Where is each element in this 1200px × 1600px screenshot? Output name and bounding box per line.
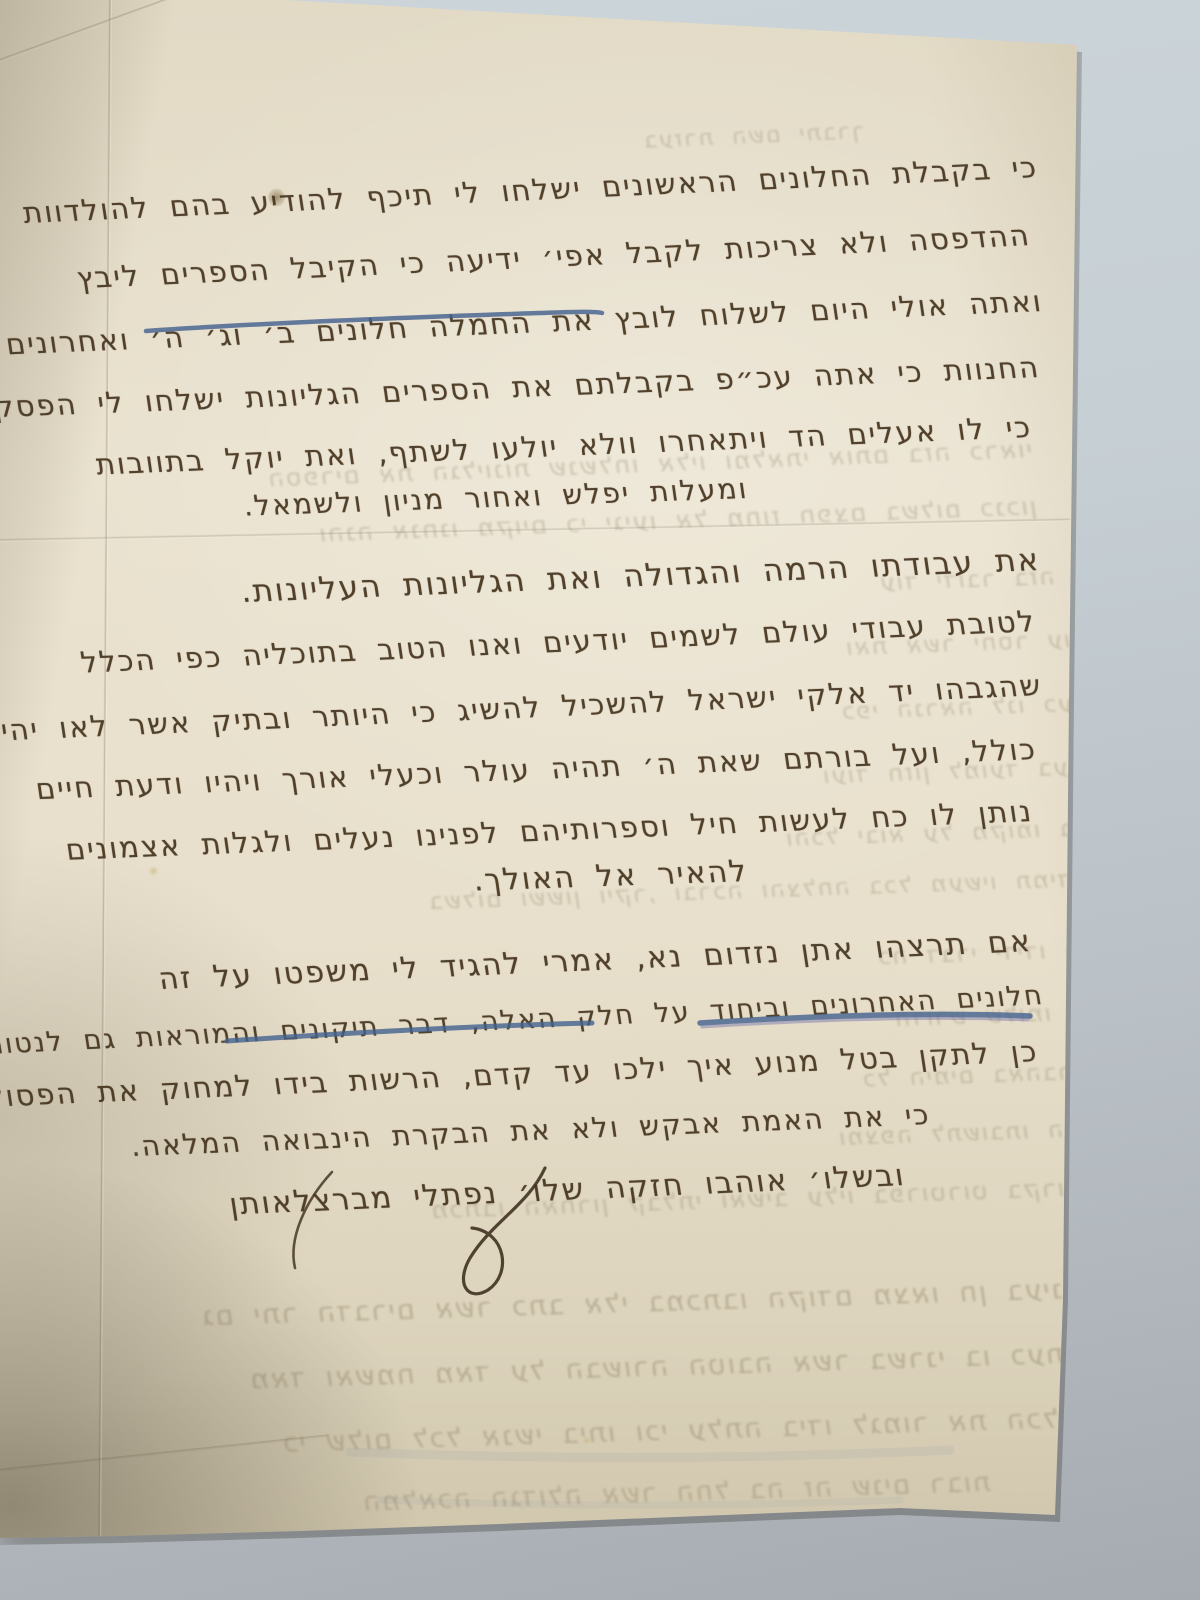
- handwritten-line: ההדפסה ולא צריכות לקבל אפי׳ ידיעה כי הקי…: [74, 218, 1032, 295]
- handwritten-line: כי בקבלת החלונים הראשונים ישלחו לי תיכף …: [21, 150, 1041, 230]
- ghost-bleedthrough-line: בעזרת השם יתברך: [640, 119, 865, 154]
- photo-background: בעזרת השם יתברךהספרים את הגליונות שנשלחו…: [0, 0, 1200, 1600]
- handwritten-line: החנוות כי אתה עכ״פ בקבלתם את הספרים הגלי…: [0, 350, 1042, 424]
- fold-crease-corner: [0, 0, 194, 70]
- ghost-bleedthrough-line: מאד ואשמח מאד על הבשורה הטובה אשר בשרני …: [246, 1339, 1066, 1396]
- ghost-bleedthrough-line: כי שלום לכל אנשי ביתו וכי עלתה בידו לגמו…: [279, 1404, 1060, 1459]
- handwritten-line: כולל, ועל בורתם שאת ה׳ תהיה עולר וכעלי א…: [33, 732, 1039, 806]
- ghost-bleedthrough-line: גם יתר הדברים אשר כתב אלי במכתבו הקודם מ…: [198, 1274, 1072, 1332]
- handwritten-line: נותן לו כח לעשות חיל וספרותיהם לפנינו נע…: [63, 794, 1035, 867]
- handwritten-line: את עבודתו הרמה והגדולה ואת הגליונות העלי…: [238, 542, 1043, 610]
- handwritten-line: ואתה אולי היום לשלוח לובץ את החמלה חלוני…: [3, 284, 1044, 361]
- handwritten-line: לטובת עבודי עולם לשמים יודעים ואנו הטוב …: [79, 604, 1039, 680]
- handwritten-line: שהגבהו יד אלקי ישראל להשכיל להשיג כי היו…: [0, 668, 1045, 747]
- letter-paper: בעזרת השם יתברךהספרים את הגליונות שנשלחו…: [0, 0, 1200, 1600]
- handwritten-line: כי את האמת אבקש ולא את הבקרת הינבואה המל…: [128, 1098, 932, 1163]
- paper-spot: [148, 866, 159, 876]
